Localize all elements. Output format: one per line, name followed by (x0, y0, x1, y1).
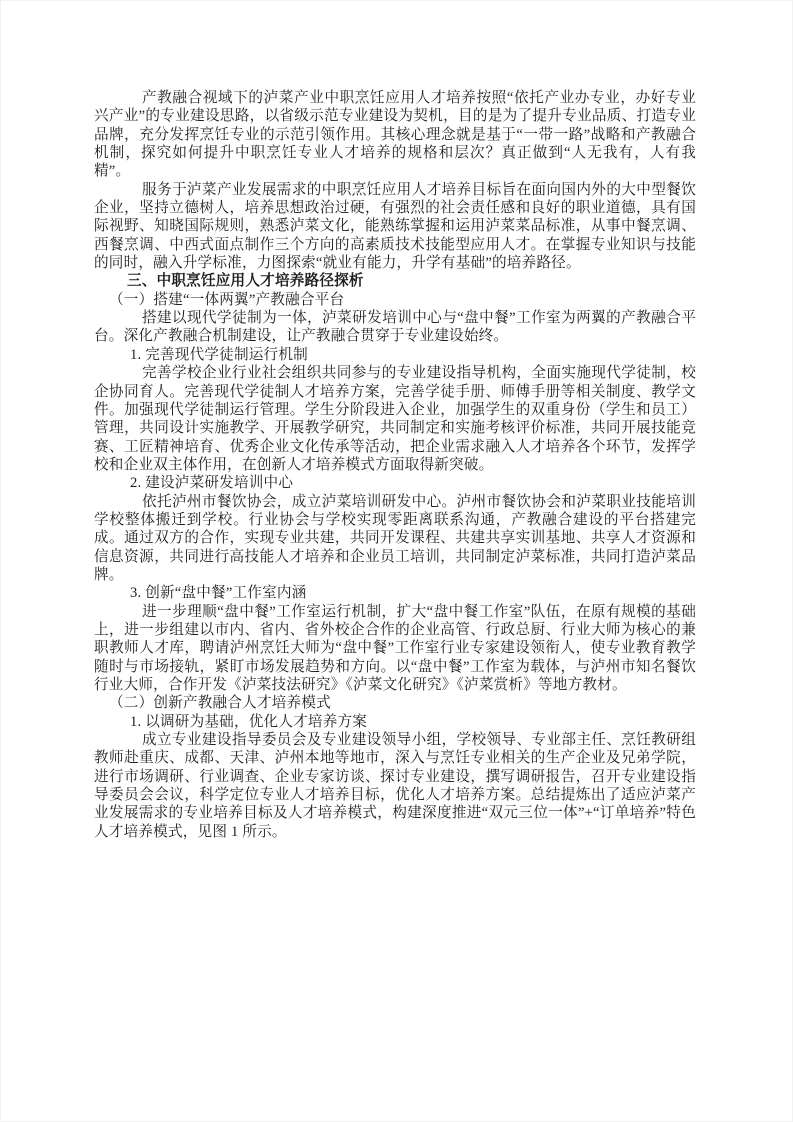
body-paragraph: 成立专业建设指导委员会及专业建设领导小组，学校领导、专业部主任、烹饪教研组教师赴… (94, 731, 696, 841)
numbered-subheading: 2. 建设泸菜研发培训中心 (94, 474, 696, 492)
body-paragraph: 进一步理顺“盘中餐”工作室运行机制，扩大“盘中餐工作室”队伍，在原有规模的基础上… (94, 603, 696, 695)
body-paragraph: 依托泸州市餐饮协会，成立泸菜培训研发中心。泸州市餐饮协会和泸菜职业技能培训学校整… (94, 493, 696, 585)
numbered-subheading: 1. 以调研为基础，优化人才培养方案 (94, 713, 696, 731)
body-paragraph: 产教融合视域下的泸菜产业中职烹饪应用人才培养按照“依托产业办专业，办好专业兴产业… (94, 89, 696, 181)
section-heading: 三、中职烹饪应用人才培养路径探析 (94, 272, 696, 290)
body-paragraph: 搭建以现代学徒制为一体，泸菜研发培训中心与“盘中餐”工作室为两翼的产教融合平台。… (94, 309, 696, 346)
body-paragraph: 完善学校企业行业社会组织共同参与的专业建设指导机构，全面实施现代学徒制，校企协同… (94, 364, 696, 474)
article-text-block: 产教融合视域下的泸菜产业中职烹饪应用人才培养按照“依托产业办专业，办好专业兴产业… (94, 89, 696, 841)
body-paragraph: 服务于泸菜产业发展需求的中职烹饪应用人才培养目标旨在面向国内外的大中型餐饮企业，… (94, 181, 696, 273)
numbered-subheading: 1. 完善现代学徒制运行机制 (94, 346, 696, 364)
document-page: 产教融合视域下的泸菜产业中职烹饪应用人才培养按照“依托产业办专业，办好专业兴产业… (0, 0, 793, 1122)
subsection-heading: （二）创新产教融合人才培养模式 (94, 694, 696, 712)
numbered-subheading: 3. 创新“盘中餐”工作室内涵 (94, 584, 696, 602)
subsection-heading: （一）搭建“一体两翼”产教融合平台 (94, 291, 696, 309)
